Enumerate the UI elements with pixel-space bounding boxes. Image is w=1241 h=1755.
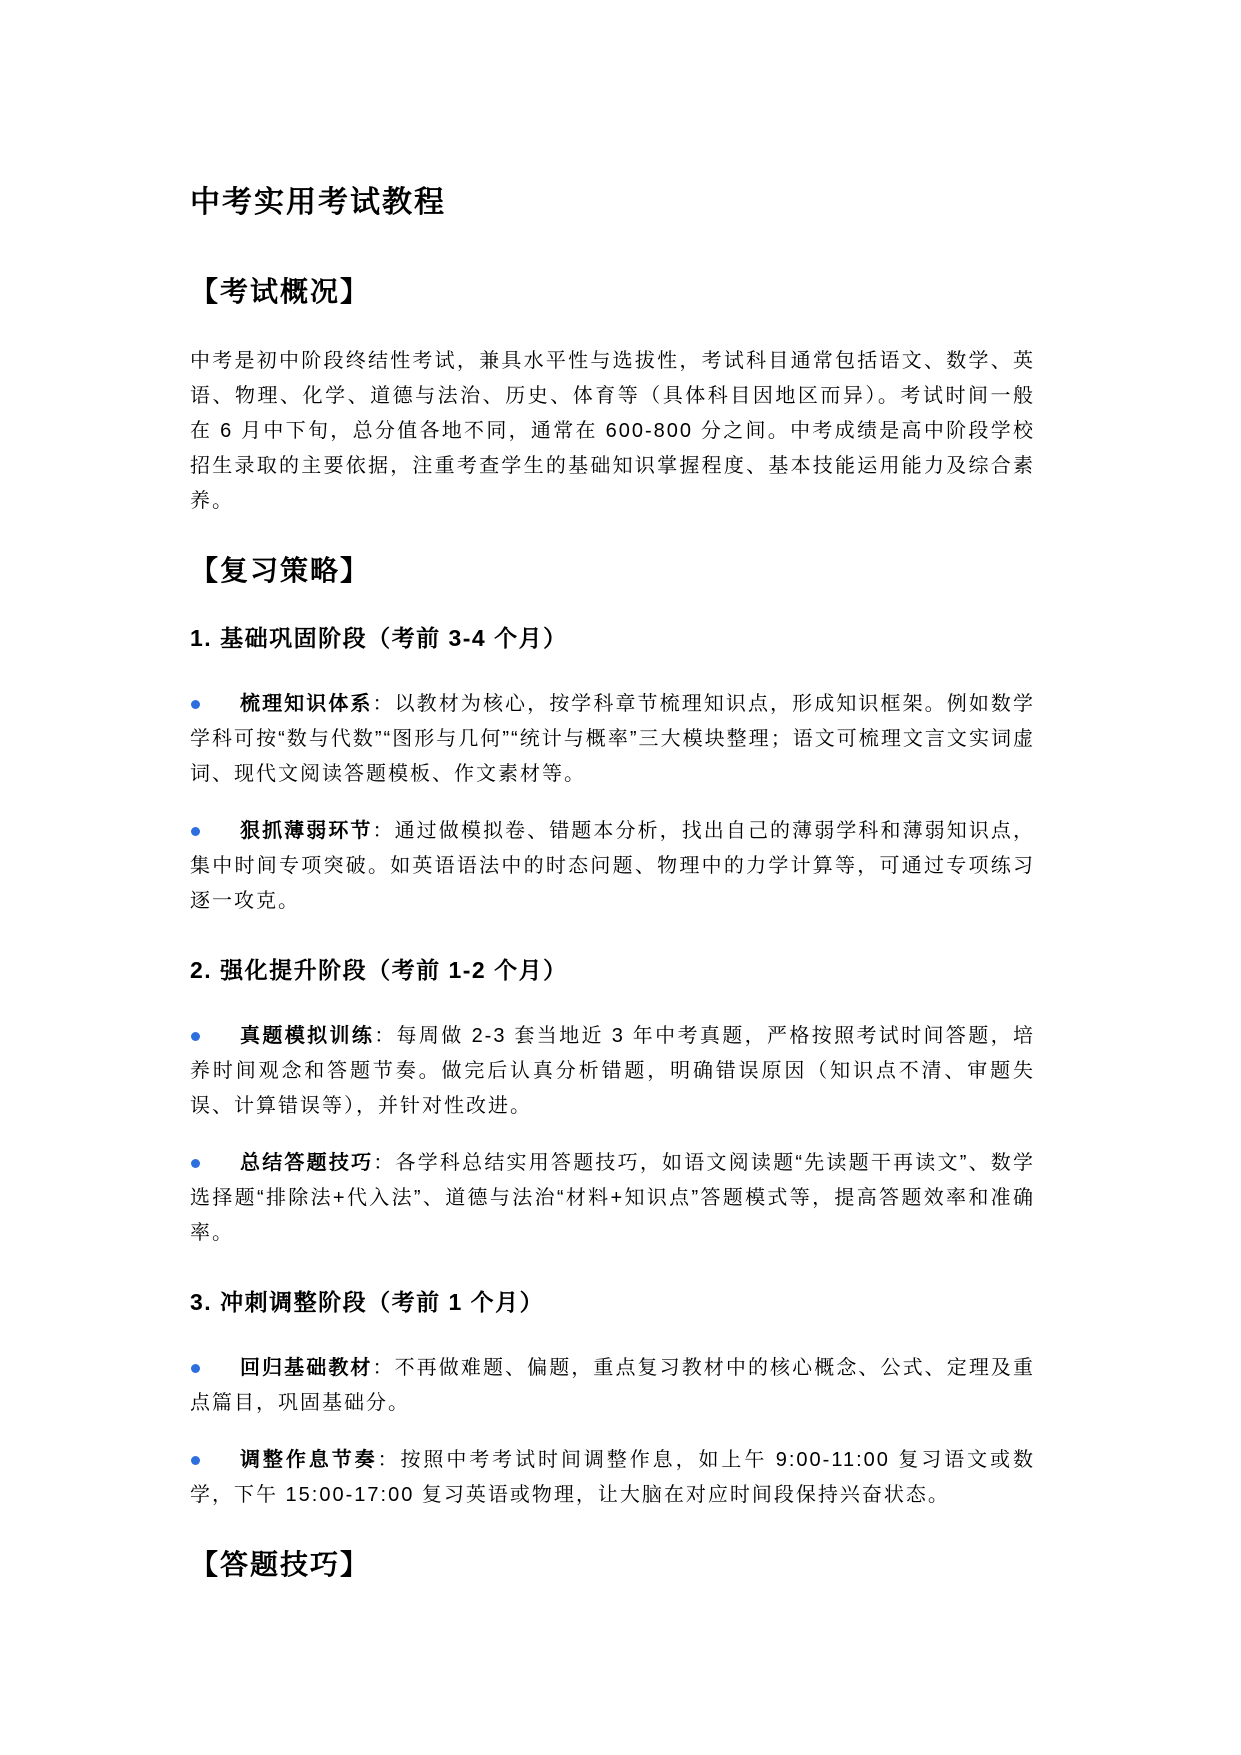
section-heading-tips: 【答题技巧】 — [190, 1549, 1035, 1581]
bullet-item: 调整作息节奏：按照中考考试时间调整作息，如上午 9:00-11:00 复习语文或… — [190, 1443, 1035, 1513]
bullet-lead: 回归基础教材 — [240, 1357, 373, 1379]
document-content: 中考实用考试教程 【考试概况】 中考是初中阶段终结性考试，兼具水平性与选拔性，考… — [190, 0, 1035, 1581]
bullet-item: 真题模拟训练：每周做 2-3 套当地近 3 年中考真题，严格按照考试时间答题，培… — [190, 1019, 1035, 1124]
stage-heading-2: 2. 强化提升阶段（考前 1-2 个月） — [190, 955, 1035, 985]
bullet-dot — [191, 700, 200, 709]
overview-paragraph: 中考是初中阶段终结性考试，兼具水平性与选拔性，考试科目通常包括语文、数学、英语、… — [190, 344, 1035, 519]
bullet-dot — [191, 1032, 200, 1041]
bullet-lead: 总结答题技巧 — [240, 1152, 373, 1174]
document-page: 中考实用考试教程 【考试概况】 中考是初中阶段终结性考试，兼具水平性与选拔性，考… — [0, 0, 1241, 1755]
bullet-lead: 狠抓薄弱环节 — [240, 820, 373, 842]
bullet-lead: 真题模拟训练 — [240, 1025, 374, 1047]
section-heading-strategy: 【复习策略】 — [190, 555, 1035, 587]
bullet-dot — [191, 1456, 200, 1465]
stage-heading-1: 1. 基础巩固阶段（考前 3-4 个月） — [190, 623, 1035, 653]
bullet-lead: 梳理知识体系 — [240, 693, 373, 715]
bullet-lead: 调整作息节奏 — [240, 1449, 378, 1471]
bullet-item: 总结答题技巧：各学科总结实用答题技巧，如语文阅读题“先读题干再读文”、数学选择题… — [190, 1146, 1035, 1251]
bullet-dot — [191, 1364, 200, 1373]
stage-heading-3: 3. 冲刺调整阶段（考前 1 个月） — [190, 1287, 1035, 1317]
document-title: 中考实用考试教程 — [190, 186, 1035, 220]
bullet-item: 回归基础教材：不再做难题、偏题，重点复习教材中的核心概念、公式、定理及重点篇目，… — [190, 1351, 1035, 1421]
bullet-item: 狠抓薄弱环节：通过做模拟卷、错题本分析，找出自己的薄弱学科和薄弱知识点，集中时间… — [190, 814, 1035, 919]
bullet-item: 梳理知识体系：以教材为核心，按学科章节梳理知识点，形成知识框架。例如数学学科可按… — [190, 687, 1035, 792]
bullet-dot — [191, 1159, 200, 1168]
bullet-dot — [191, 827, 200, 836]
section-heading-overview: 【考试概况】 — [190, 276, 1035, 308]
